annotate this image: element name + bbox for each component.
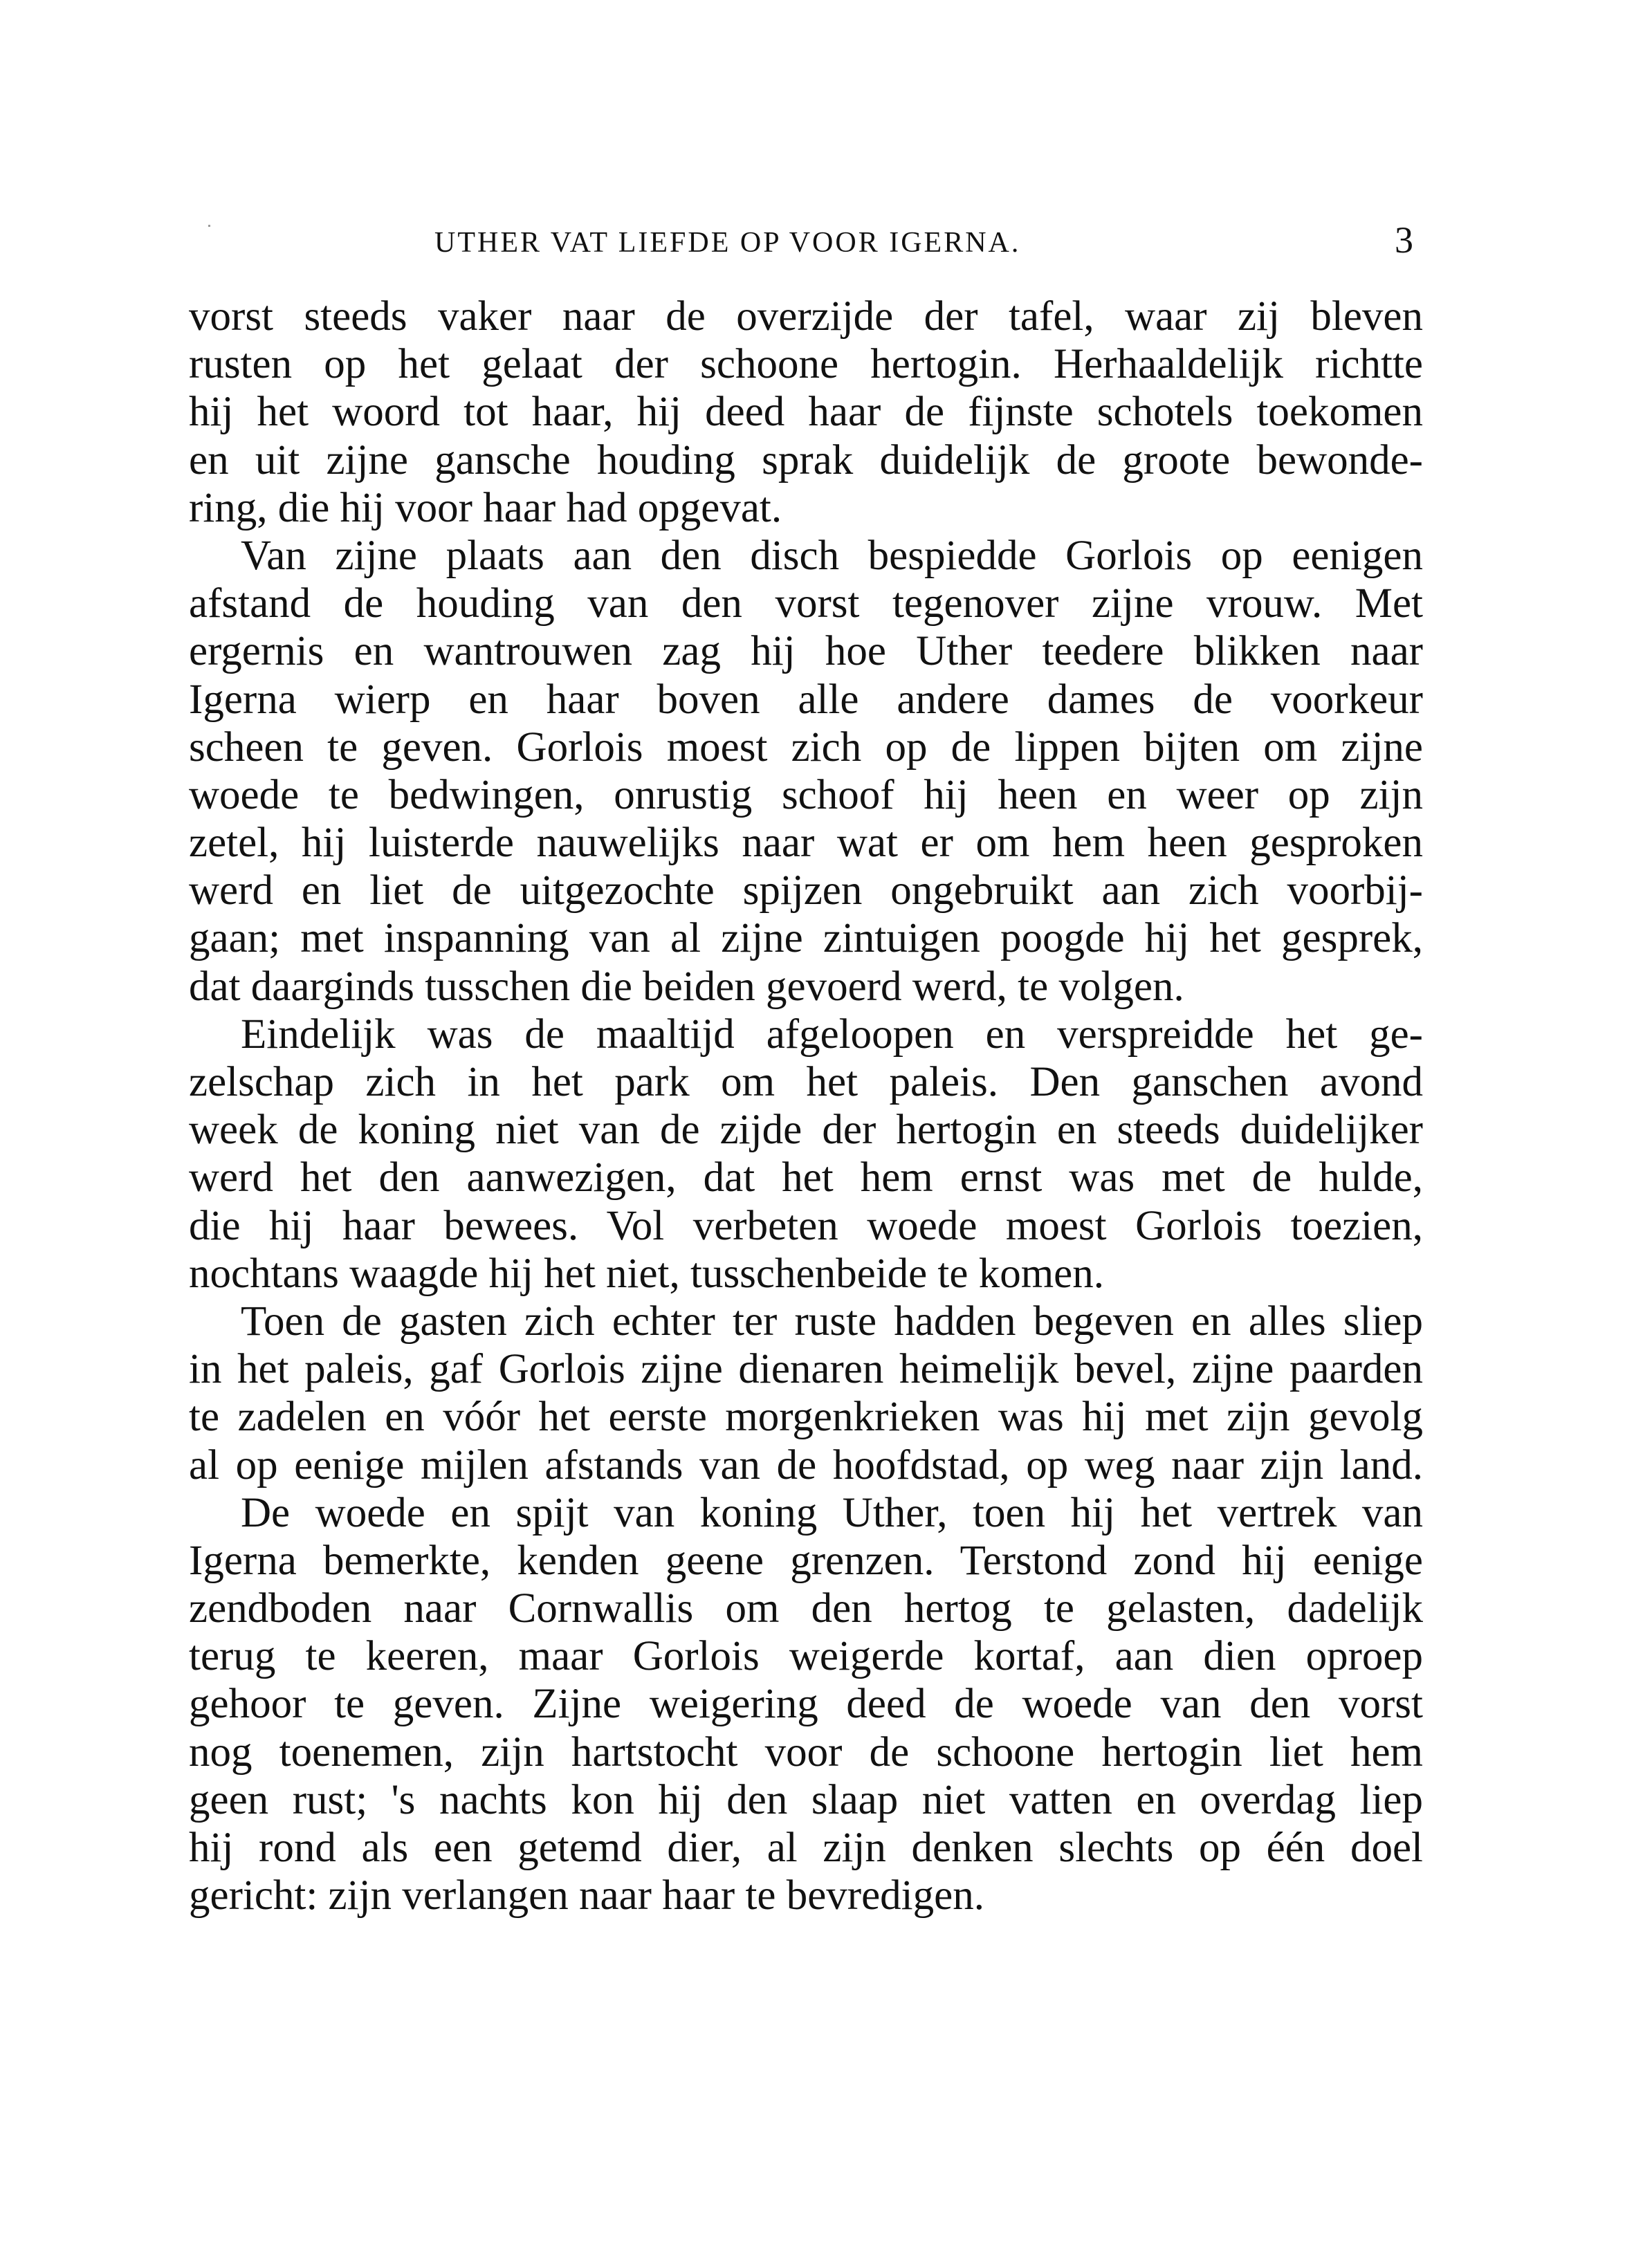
- paragraph-end-line: gericht: zijn verlangen naar haar te bev…: [189, 1872, 1423, 1919]
- running-head: UTHER VAT LIEFDE OP VOOR IGERNA.: [434, 225, 1020, 260]
- paragraph-start-line: De woede en spijt van koning Uther, toen…: [189, 1489, 1423, 1537]
- text-line: rusten op het gelaat der schoone hertogi…: [189, 340, 1423, 388]
- text-line: zelschap zich in het park om het paleis.…: [189, 1058, 1423, 1106]
- text-line: woede te bedwingen, onrustig schoof hij …: [189, 771, 1423, 819]
- text-line: werd en liet de uitgezochte spijzen onge…: [189, 867, 1423, 914]
- text-line: zetel, hij luisterde nauwelijks naar wat…: [189, 819, 1423, 867]
- text-line: Igerna bemerkte, kenden geene grenzen. T…: [189, 1537, 1423, 1585]
- text-line: in het paleis, gaf Gorlois zijne dienare…: [189, 1345, 1423, 1393]
- text-line: hij het woord tot haar, hij deed haar de…: [189, 388, 1423, 436]
- text-line: nog toenemen, zijn hartstocht voor de sc…: [189, 1728, 1423, 1776]
- text-line: te zadelen en vóór het eerste morgenkrie…: [189, 1393, 1423, 1441]
- text-line: week de koning niet van de zijde der her…: [189, 1106, 1423, 1154]
- paragraph-end-line: nochtans waagde hij het niet, tusschenbe…: [189, 1250, 1423, 1298]
- text-line: terug te keeren, maar Gorlois weigerde k…: [189, 1632, 1423, 1680]
- body-text: vorst steeds vaker naar de overzijde der…: [189, 293, 1423, 1919]
- text-line: scheen te geven. Gorlois moest zich op d…: [189, 723, 1423, 771]
- text-line: ergernis en wantrouwen zag hij hoe Uther…: [189, 627, 1423, 675]
- text-line: afstand de houding van den vorst tegenov…: [189, 580, 1423, 627]
- paragraph-end-line: dat daarginds tusschen die beiden gevoer…: [189, 963, 1423, 1011]
- text-line: vorst steeds vaker naar de overzijde der…: [189, 293, 1423, 340]
- text-line: en uit zijne gansche houding sprak duide…: [189, 436, 1423, 484]
- text-line: hij rond als een getemd dier, al zijn de…: [189, 1824, 1423, 1872]
- paragraph-end-line: ring, die hij voor haar had opgevat.: [189, 484, 1423, 532]
- paragraph-start-line: Van zijne plaats aan den disch bespiedde…: [189, 532, 1423, 580]
- text-line: gaan; met inspanning van al zijne zintui…: [189, 914, 1423, 962]
- text-line: Igerna wierp en haar boven alle andere d…: [189, 676, 1423, 723]
- paragraph-start-line: Eindelijk was de maaltijd afgeloopen en …: [189, 1011, 1423, 1058]
- text-line: gehoor te geven. Zijne weigering deed de…: [189, 1680, 1423, 1728]
- paragraph-start-line: Toen de gasten zich echter ter ruste had…: [189, 1298, 1423, 1345]
- text-line: al op eenige mijlen afstands van de hoof…: [189, 1441, 1423, 1489]
- text-line: werd het den aanwezigen, dat het hem ern…: [189, 1154, 1423, 1201]
- text-line: geen rust; 's nachts kon hij den slaap n…: [189, 1776, 1423, 1824]
- text-line: die hij haar bewees. Vol verbeten woede …: [189, 1202, 1423, 1250]
- page-number: 3: [1395, 220, 1413, 260]
- scan-speck: [208, 225, 210, 227]
- text-line: zendboden naar Cornwallis om den hertog …: [189, 1585, 1423, 1632]
